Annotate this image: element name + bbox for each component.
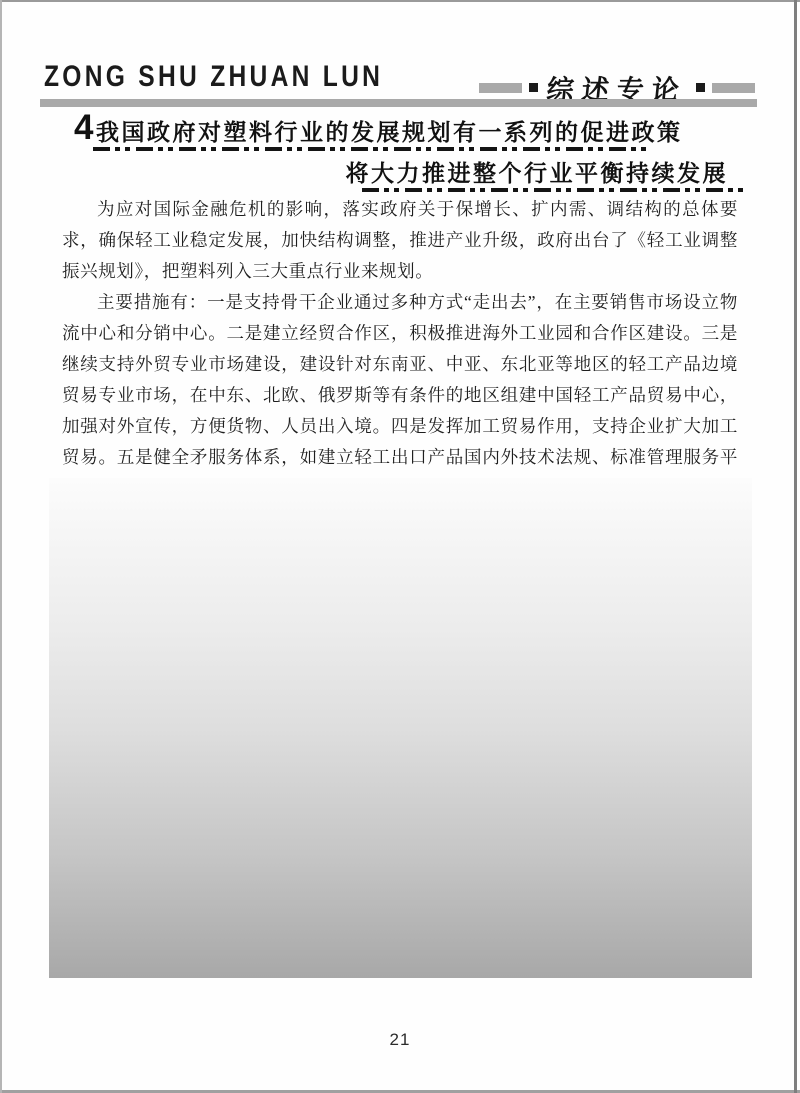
decor-bar-right [712, 83, 755, 93]
article-title-line2: 将大力推进整个行业平衡持续发展 [346, 155, 729, 188]
scan-edge-left [0, 0, 2, 1093]
title-underline-2 [362, 188, 744, 192]
scan-gradient-area [49, 478, 752, 978]
decor-square-right [696, 83, 705, 92]
paragraph-1: 为应对国际金融危机的影响，落实政府关于保增长、扩内需、调结构的总体要求，确保轻工… [62, 194, 738, 287]
decor-square-left [529, 83, 538, 92]
article-title-line1: 我国政府对塑料行业的发展规划有一系列的促进政策 [96, 114, 683, 147]
header-divider-band [40, 99, 757, 107]
article-number: 4 [74, 110, 93, 145]
scan-edge-right [794, 0, 797, 1093]
scanned-magazine-page: ZONG SHU ZHUAN LUN 综述专论 4 我国政府对塑料行业的发展规划… [0, 0, 800, 1093]
title-underline-1 [93, 147, 647, 151]
scan-edge-top [0, 0, 800, 2]
decor-bar-left [479, 83, 522, 93]
header-pinyin-title: ZONG SHU ZHUAN LUN [44, 60, 383, 94]
page-number: 21 [0, 1030, 800, 1050]
